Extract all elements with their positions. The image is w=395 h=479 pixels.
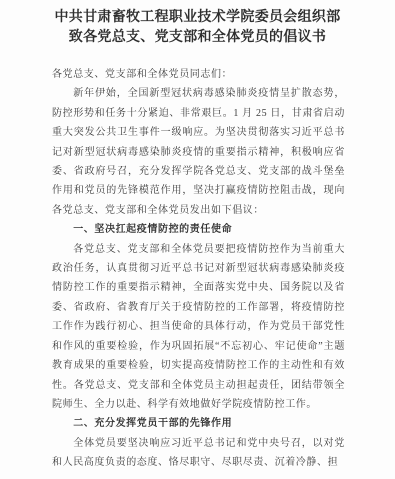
section-1-heading: 一、坚决扛起疫情防控的责任使命 [52, 220, 345, 239]
document-body: 各党总支、党支部和全体党员同志们： 新年伊始，全国新型冠状病毒感染肺炎疫情呈扩散… [52, 65, 345, 473]
document-page: 中共甘肃畜牧工程职业技术学院委员会组织部 致各党总支、党支部和全体党员的倡议书 … [0, 8, 395, 479]
section-1-body: 各党总支、党支部和全体党员要把疫情防控作为当前重大政治任务，认真贯彻习近平总书记… [52, 240, 345, 415]
section-2-heading: 二、充分发挥党员干部的先锋作用 [52, 414, 345, 433]
salutation: 各党总支、党支部和全体党员同志们： [52, 65, 345, 84]
document-title-line1: 中共甘肃畜牧工程职业技术学院委员会组织部 [0, 8, 395, 28]
section-2-body: 全体党员要坚决响应习近平总书记和党中央号召，以对党和人民高度负责的态度、恪尽职守… [52, 434, 345, 473]
document-title-line2: 致各党总支、党支部和全体党员的倡议书 [0, 28, 395, 48]
document-title: 中共甘肃畜牧工程职业技术学院委员会组织部 致各党总支、党支部和全体党员的倡议书 [0, 8, 395, 48]
intro-paragraph: 新年伊始，全国新型冠状病毒感染肺炎疫情呈扩散态势，防控形势和任务十分紧迫、非常艰… [52, 84, 345, 220]
